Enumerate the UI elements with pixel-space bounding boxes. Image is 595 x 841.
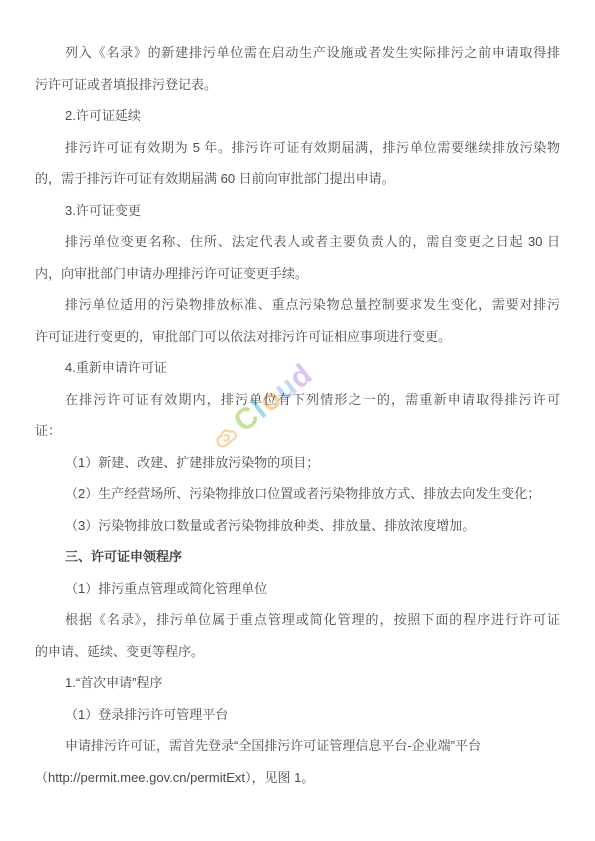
paragraph-line: 排污许可证有效期为 5 年。排污许可证有效期届满，排污单位需要继续排放污染物 [35,132,560,164]
numbered-item-line: （3）污染物排放口数量或者污染物排放种类、排放量、排放浓度增加。 [35,510,560,542]
paragraph-line: 许可证进行变更的，审批部门可以依法对排污许可证相应事项进行变更。 [35,321,560,353]
numbered-item-line: （1）登录排污许可管理平台 [35,699,560,731]
paragraph-line: 排污单位变更名称、住所、法定代表人或者主要负责人的，需自变更之日起 30 日 [35,226,560,258]
paragraph-line: 内，向审批部门申请办理排污许可证变更手续。 [35,258,560,290]
url-line: （http://permit.mee.gov.cn/permitExt），见图 … [35,762,560,794]
paragraph-line: 排污单位适用的污染物排放标准、重点污染物总量控制要求发生变化，需要对排污 [35,289,560,321]
numbered-item-line: （1）新建、改建、扩建排放污染物的项目； [35,447,560,479]
numbered-item-line: （1）排污重点管理或简化管理单位 [35,573,560,605]
list-heading-line: 1.“首次申请”程序 [35,667,560,699]
paragraph-line: 的申请、延续、变更等程序。 [35,636,560,668]
document-page: 列入《名录》的新建排污单位需在启动生产设施或者发生实际排污之前申请取得排 污许可… [0,0,595,793]
paragraph-line: 列入《名录》的新建排污单位需在启动生产设施或者发生实际排污之前申请取得排 [35,37,560,69]
list-heading-line: 4.重新申请许可证 [35,352,560,384]
paragraph-line: 在排污许可证有效期内，排污单位有下列情形之一的，需重新申请取得排污许可 [35,384,560,416]
paragraph-line: 的，需于排污许可证有效期届满 60 日前向审批部门提出申请。 [35,163,560,195]
numbered-item-line: （2）生产经营场所、污染物排放口位置或者污染物排放方式、排放去向发生变化； [35,478,560,510]
list-heading-line: 2.许可证延续 [35,100,560,132]
list-heading-line: 3.许可证变更 [35,195,560,227]
paragraph-line: 污许可证或者填报排污登记表。 [35,69,560,101]
paragraph-line: 申请排污许可证，需首先登录“全国排污许可证管理信息平台-企业端”平台 [35,730,560,762]
paragraph-line: 根据《名录》，排污单位属于重点管理或简化管理的，按照下面的程序进行许可证 [35,604,560,636]
section-heading: 三、许可证申领程序 [35,541,560,573]
paragraph-line: 证： [35,415,560,447]
